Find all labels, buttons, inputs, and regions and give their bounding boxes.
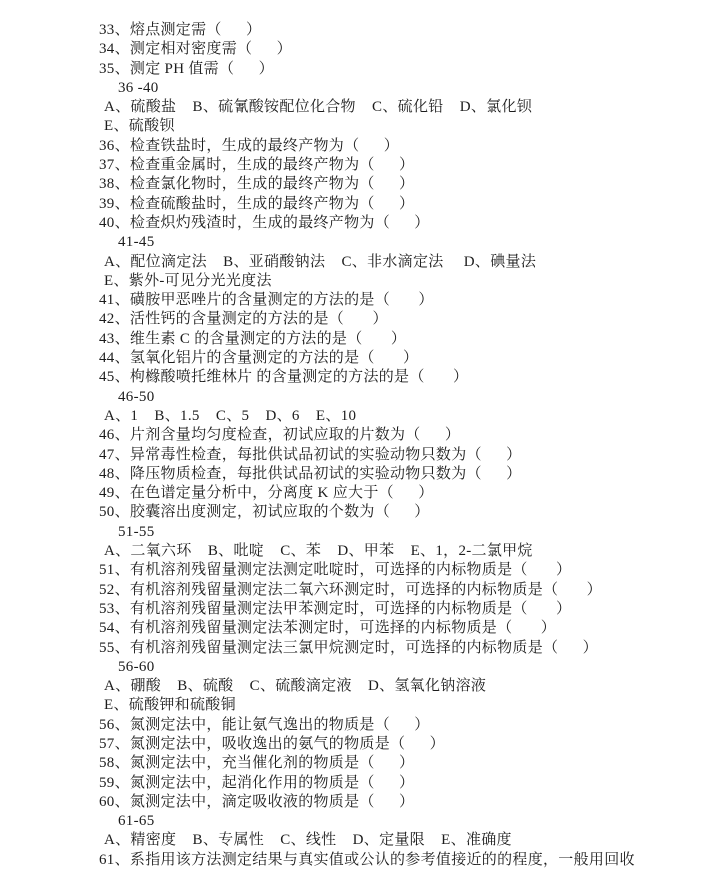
question-line: 61、系指用该方法测定结果与真实值或公认的参考值接近的的程度，一般用回收 [0, 851, 723, 870]
question-list: 33、熔点测定需（ ）34、测定相对密度需（ ）35、测定 PH 值需（ ）36… [0, 0, 723, 870]
question-line: 43、维生素 C 的含量测定的方法的是（ ） [0, 330, 723, 349]
question-line: 33、熔点测定需（ ） [0, 21, 723, 40]
options-line: E、硫酸钾和硫酸铜 [0, 696, 723, 715]
group-range-header: 61-65 [0, 812, 723, 831]
group-range-header: 51-55 [0, 523, 723, 542]
question-line: 59、氮测定法中，起消化作用的物质是（ ） [0, 774, 723, 793]
question-line: 51、有机溶剂残留量测定法测定吡啶时，可选择的内标物质是（ ） [0, 561, 723, 580]
options-line: A、精密度 B、专属性 C、线性 D、定量限 E、准确度 [0, 831, 723, 850]
options-line: E、硫酸钡 [0, 117, 723, 136]
question-line: 50、胶囊溶出度测定，初试应取的个数为（ ） [0, 503, 723, 522]
question-line: 47、异常毒性检查，每批供试品初试的实验动物只数为（ ） [0, 446, 723, 465]
question-line: 41、磺胺甲恶唑片的含量测定的方法的是（ ） [0, 291, 723, 310]
question-line: 42、活性钙的含量测定的方法的是（ ） [0, 310, 723, 329]
options-line: A、硫酸盐 B、硫氰酸铵配位化合物 C、硫化铅 D、氯化钡 [0, 98, 723, 117]
group-range-header: 56-60 [0, 658, 723, 677]
group-range-header: 46-50 [0, 388, 723, 407]
question-line: 38、检查氯化物时，生成的最终产物为（ ） [0, 175, 723, 194]
options-line: A、1 B、1.5 C、5 D、6 E、10 [0, 407, 723, 426]
question-line: 57、氮测定法中，吸收逸出的氨气的物质是（ ） [0, 735, 723, 754]
question-line: 45、枸橼酸喷托维林片 的含量测定的方法的是（ ） [0, 368, 723, 387]
options-line: A、硼酸 B、硫酸 C、硫酸滴定液 D、氢氧化钠溶液 [0, 677, 723, 696]
document-page: 33、熔点测定需（ ）34、测定相对密度需（ ）35、测定 PH 值需（ ）36… [0, 0, 723, 887]
question-line: 52、有机溶剂残留量测定法二氧六环测定时，可选择的内标物质是（ ） [0, 581, 723, 600]
question-line: 44、氢氧化铝片的含量测定的方法的是（ ） [0, 349, 723, 368]
group-range-header: 36 -40 [0, 79, 723, 98]
question-line: 35、测定 PH 值需（ ） [0, 60, 723, 79]
options-line: A、配位滴定法 B、亚硝酸钠法 C、非水滴定法 D、碘量法 [0, 253, 723, 272]
question-line: 56、氮测定法中，能让氨气逸出的物质是（ ） [0, 716, 723, 735]
question-line: 37、检查重金属时，生成的最终产物为（ ） [0, 156, 723, 175]
question-line: 49、在色谱定量分析中，分离度 K 应大于（ ） [0, 484, 723, 503]
options-line: A、二氧六环 B、吡啶 C、苯 D、甲苯 E、1，2-二氯甲烷 [0, 542, 723, 561]
question-line: 48、降压物质检查，每批供试品初试的实验动物只数为（ ） [0, 465, 723, 484]
question-line: 58、氮测定法中，充当催化剂的物质是（ ） [0, 754, 723, 773]
question-line: 34、测定相对密度需（ ） [0, 40, 723, 59]
question-line: 39、检查硫酸盐时，生成的最终产物为（ ） [0, 195, 723, 214]
group-range-header: 41-45 [0, 233, 723, 252]
question-line: 53、有机溶剂残留量测定法甲苯测定时，可选择的内标物质是（ ） [0, 600, 723, 619]
question-line: 54、有机溶剂残留量测定法苯测定时，可选择的内标物质是（ ） [0, 619, 723, 638]
question-line: 46、片剂含量均匀度检查，初试应取的片数为（ ） [0, 426, 723, 445]
question-line: 36、检查铁盐时，生成的最终产物为（ ） [0, 137, 723, 156]
question-line: 40、检查炽灼残渣时，生成的最终产物为（ ） [0, 214, 723, 233]
question-line: 60、氮测定法中，滴定吸收液的物质是（ ） [0, 793, 723, 812]
options-line: E、紫外-可见分光光度法 [0, 272, 723, 291]
question-line: 55、有机溶剂残留量测定法三氯甲烷测定时，可选择的内标物质是（ ） [0, 639, 723, 658]
